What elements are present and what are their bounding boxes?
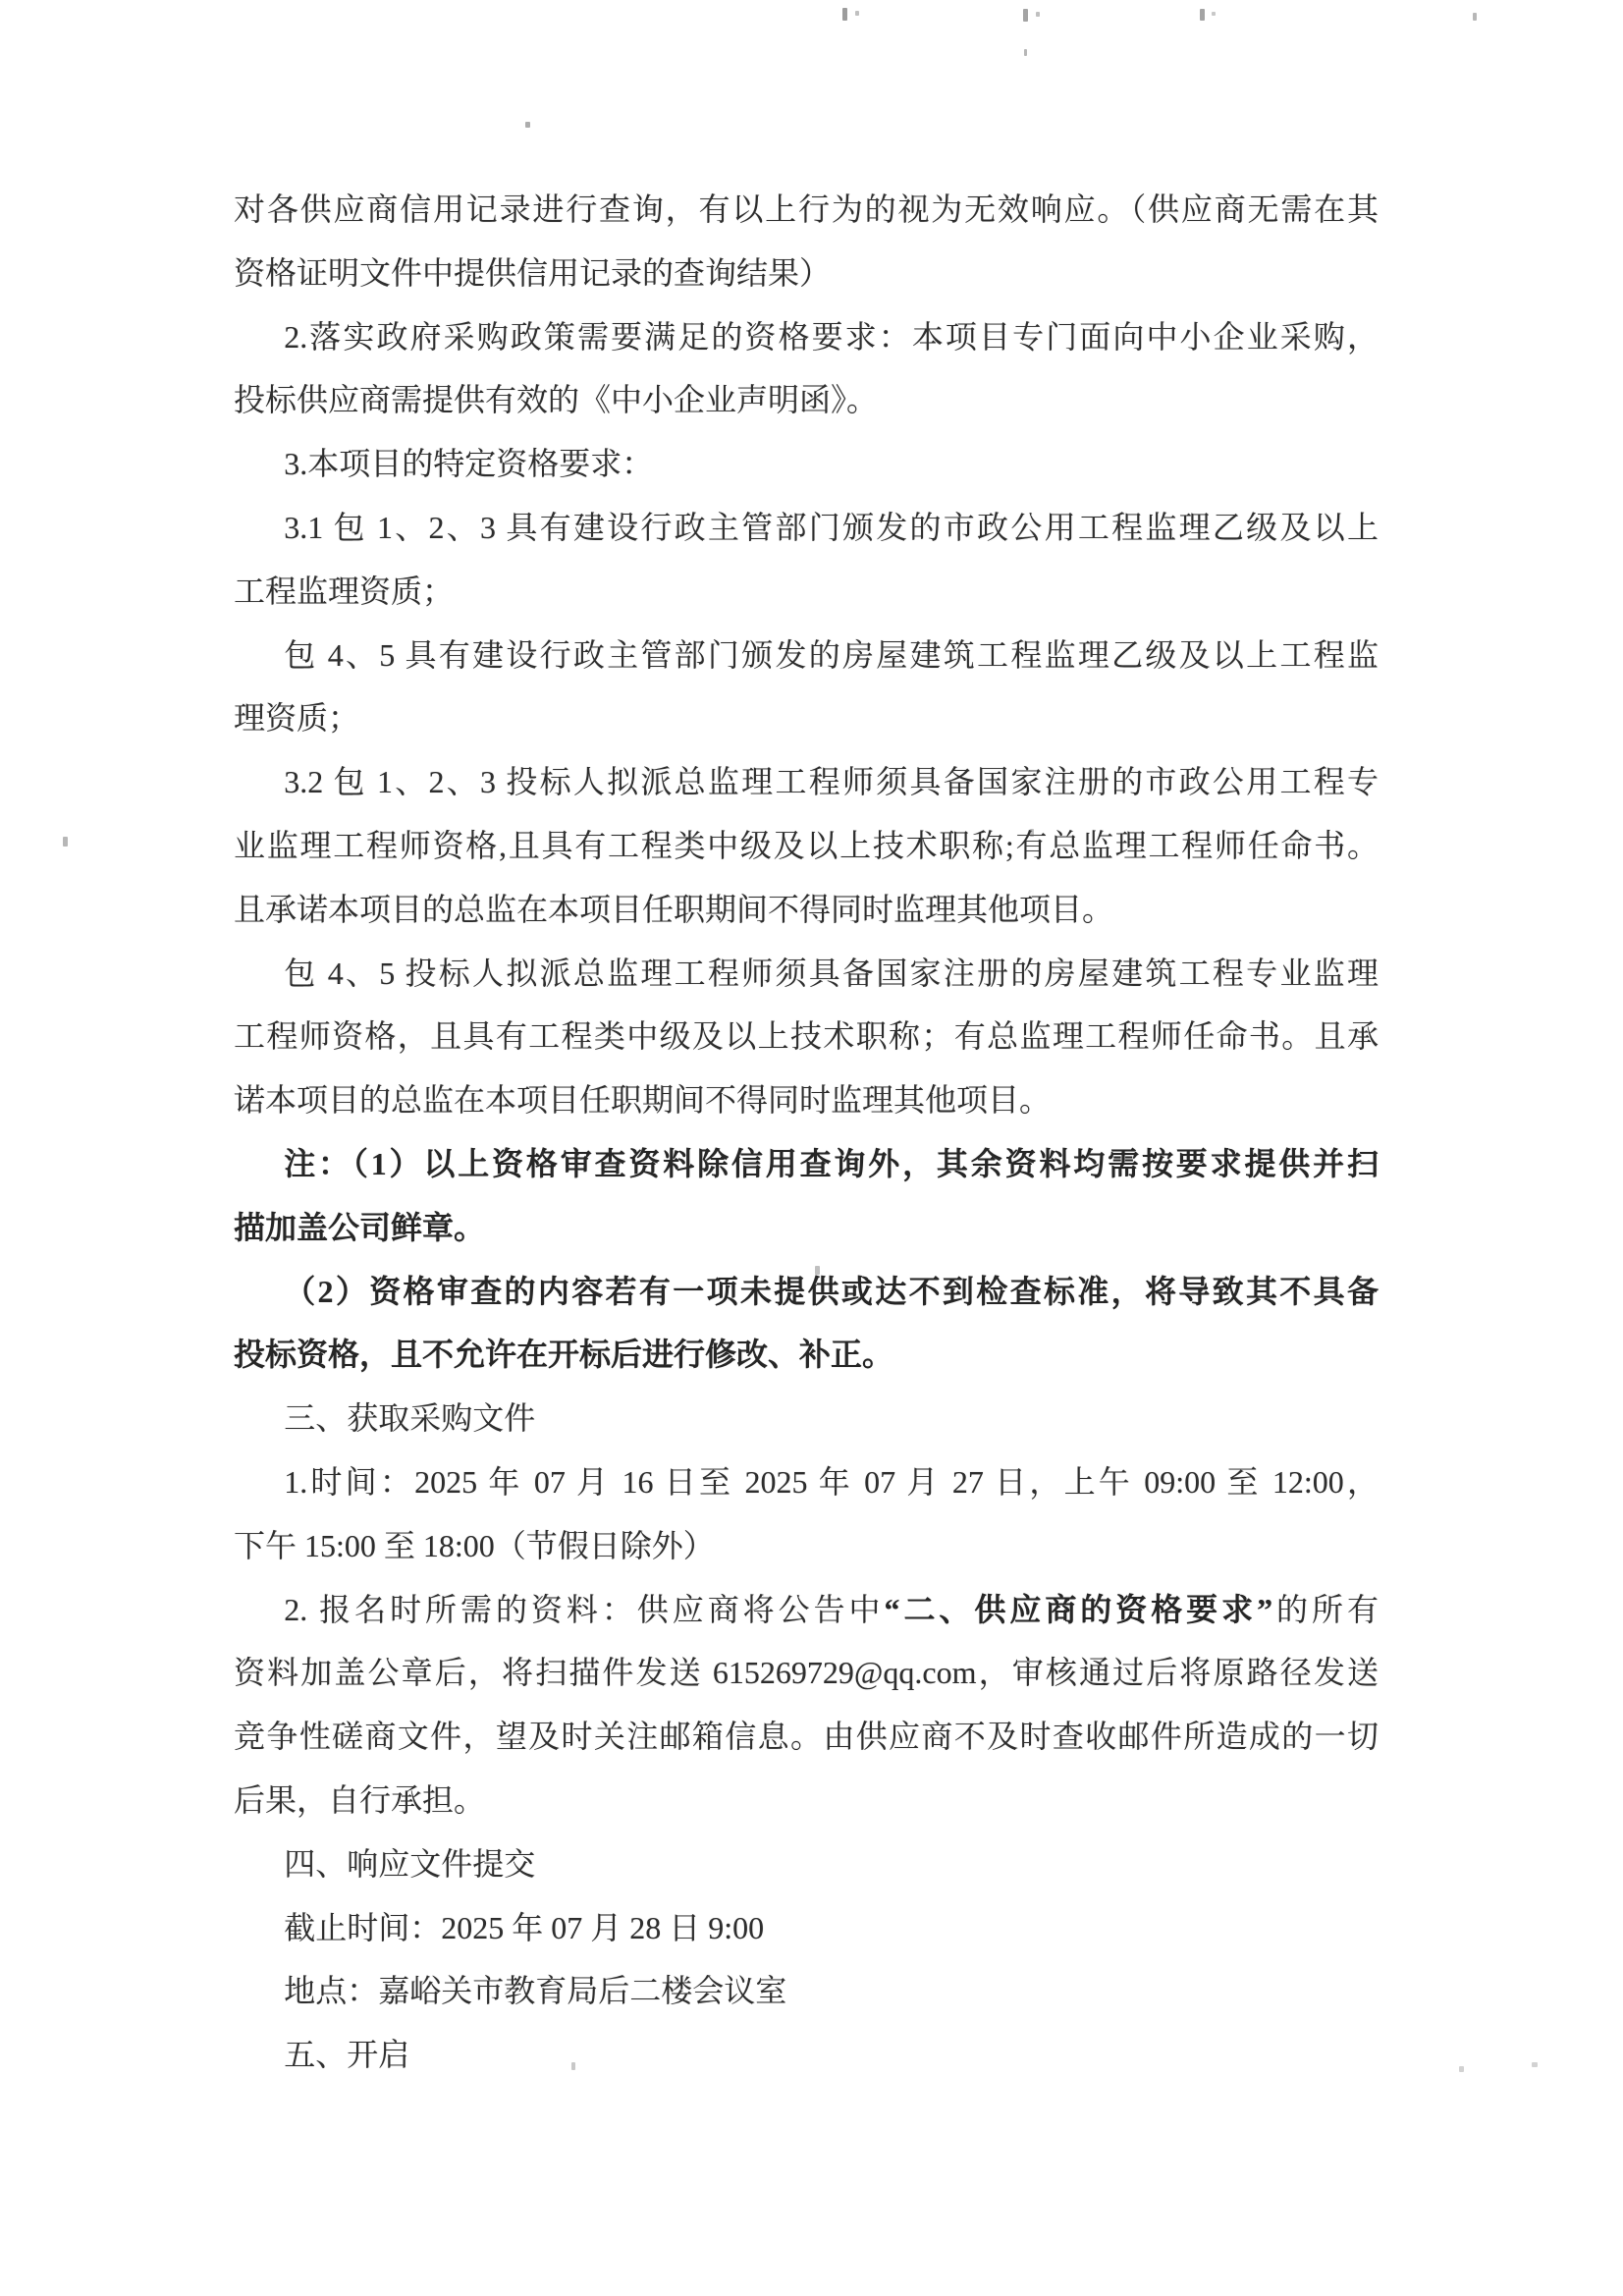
document-line: 包 4、5 投标人拟派总监理工程师须具备国家注册的房屋建筑工程专业监理	[234, 942, 1379, 1006]
scan-artifact	[1023, 9, 1028, 22]
document-line: （2）资格审查的内容若有一项未提供或达不到检查标准，将导致其不具备	[234, 1260, 1379, 1324]
text-run: 资格证明文件中提供信用记录的查询结果）	[234, 255, 831, 291]
scan-artifact	[1473, 13, 1477, 21]
document-line: 地点：嘉峪关市教育局后二楼会议室	[234, 1959, 1379, 2023]
document-line: 3.1 包 1、2、3 具有建设行政主管部门颁发的市政公用工程监理乙级及以上	[234, 496, 1379, 560]
scan-artifact	[1532, 2062, 1538, 2067]
scan-artifact	[1024, 49, 1027, 56]
text-run: 3.1 包 1、2、3 具有建设行政主管部门颁发的市政公用工程监理乙级及以上	[284, 510, 1379, 545]
text-run: “二、供应商的资格要求”	[885, 1592, 1273, 1627]
text-run: 投标供应商需提供有效的《中小企业声明函》。	[234, 382, 878, 417]
document-line: 业监理工程师资格,且具有工程类中级及以上技术职称;有总监理工程师任命书。	[234, 814, 1379, 878]
document-line: 工程监理资质；	[234, 560, 1379, 624]
text-run: 包 4、5 具有建设行政主管部门颁发的房屋建筑工程监理乙级及以上工程监	[284, 637, 1379, 673]
document-line: 投标资格，且不允许在开标后进行修改、补正。	[234, 1323, 1379, 1387]
document-line: 3.2 包 1、2、3 投标人拟派总监理工程师须具备国家注册的市政公用工程专	[234, 750, 1379, 814]
text-run: 对各供应商信用记录进行查询，有以上行为的视为无效响应。（供应商无需在其	[234, 191, 1379, 227]
text-run: 注：（1）以上资格审查资料除信用查询外，其余资料均需按要求提供并扫	[284, 1146, 1379, 1181]
scan-artifact	[1212, 12, 1216, 16]
text-run: 投标资格，且不允许在开标后进行修改、补正。	[234, 1337, 893, 1372]
text-run: 3.2 包 1、2、3 投标人拟派总监理工程师须具备国家注册的市政公用工程专	[284, 764, 1379, 799]
document-line: 工程师资格，且具有工程类中级及以上技术职称；有总监理工程师任命书。且承	[234, 1005, 1379, 1068]
scan-artifact	[855, 11, 859, 16]
text-run: 1.时间：2025 年 07 月 16 日至 2025 年 07 月 27 日，…	[284, 1464, 1379, 1500]
text-run: 的所有	[1272, 1592, 1379, 1627]
document-line: 资料加盖公章后，将扫描件发送 615269729@qq.com，审核通过后将原路…	[234, 1641, 1379, 1705]
document-line: 三、获取采购文件	[234, 1387, 1379, 1450]
text-run: 四、响应文件提交	[284, 1846, 535, 1882]
text-run: 描加盖公司鲜章。	[234, 1210, 485, 1245]
text-run: 2. 报名时所需的资料：供应商将公告中	[284, 1592, 884, 1627]
scan-artifact	[1200, 9, 1205, 21]
scan-artifact	[571, 2062, 575, 2070]
text-run: 三、获取采购文件	[284, 1400, 535, 1436]
scan-artifact	[1030, 829, 1034, 837]
document-line: 1.时间：2025 年 07 月 16 日至 2025 年 07 月 27 日，…	[234, 1450, 1379, 1514]
document-line: 投标供应商需提供有效的《中小企业声明函》。	[234, 368, 1379, 432]
document-line: 3.本项目的特定资格要求：	[234, 432, 1379, 496]
text-run: 3.本项目的特定资格要求：	[284, 446, 653, 481]
scan-artifact	[842, 8, 847, 21]
document-line: 后果，自行承担。	[234, 1769, 1379, 1832]
scanned-document-page: 对各供应商信用记录进行查询，有以上行为的视为无效响应。（供应商无需在其资格证明文…	[0, 0, 1623, 2296]
text-run: 地点：嘉峪关市教育局后二楼会议室	[284, 1973, 786, 2008]
text-run: 后果，自行承担。	[234, 1782, 485, 1818]
text-run: 业监理工程师资格,且具有工程类中级及以上技术职称;有总监理工程师任命书。	[234, 828, 1379, 863]
document-line: 下午 15:00 至 18:00（节假日除外）	[234, 1514, 1379, 1578]
text-run: 理资质；	[234, 700, 359, 736]
text-run: 工程师资格，且具有工程类中级及以上技术职称；有总监理工程师任命书。且承	[234, 1018, 1379, 1054]
scan-artifact	[1036, 12, 1040, 17]
document-line: 理资质；	[234, 686, 1379, 750]
text-run: 竞争性磋商文件，望及时关注邮箱信息。由供应商不及时查收邮件所造成的一切	[234, 1719, 1379, 1754]
text-run: （2）资格审查的内容若有一项未提供或达不到检查标准，将导致其不具备	[284, 1274, 1379, 1309]
document-line: 注：（1）以上资格审查资料除信用查询外，其余资料均需按要求提供并扫	[234, 1132, 1379, 1196]
scan-artifact	[815, 1266, 820, 1275]
scan-artifact	[525, 122, 530, 128]
document-line: 诺本项目的总监在本项目任职期间不得同时监理其他项目。	[234, 1068, 1379, 1132]
document-line: 包 4、5 具有建设行政主管部门颁发的房屋建筑工程监理乙级及以上工程监	[234, 624, 1379, 687]
document-line: 对各供应商信用记录进行查询，有以上行为的视为无效响应。（供应商无需在其	[234, 178, 1379, 242]
text-run: 且承诺本项目的总监在本项目任职期间不得同时监理其他项目。	[234, 892, 1113, 927]
text-run: 工程监理资质；	[234, 574, 454, 609]
text-run: 资料加盖公章后，将扫描件发送 615269729@qq.com，审核通过后将原路…	[234, 1655, 1379, 1690]
scan-artifact	[63, 837, 68, 847]
text-run: 诺本项目的总监在本项目任职期间不得同时监理其他项目。	[234, 1082, 1051, 1118]
document-line: 2.落实政府采购政策需要满足的资格要求：本项目专门面向中小企业采购，	[234, 305, 1379, 369]
document-line: 且承诺本项目的总监在本项目任职期间不得同时监理其他项目。	[234, 878, 1379, 942]
document-line: 四、响应文件提交	[234, 1832, 1379, 1896]
text-run: 2.落实政府采购政策需要满足的资格要求：本项目专门面向中小企业采购，	[284, 319, 1379, 355]
text-run: 下午 15:00 至 18:00（节假日除外）	[234, 1528, 715, 1563]
document-line: 五、开启	[234, 2023, 1379, 2087]
document-body: 对各供应商信用记录进行查询，有以上行为的视为无效响应。（供应商无需在其资格证明文…	[234, 178, 1379, 2087]
text-run: 五、开启	[284, 2037, 409, 2072]
text-run: 截止时间：2025 年 07 月 28 日 9:00	[284, 1910, 764, 1945]
scan-artifact	[1459, 2066, 1464, 2072]
document-line: 竞争性磋商文件，望及时关注邮箱信息。由供应商不及时查收邮件所造成的一切	[234, 1705, 1379, 1769]
document-line: 资格证明文件中提供信用记录的查询结果）	[234, 242, 1379, 305]
document-line: 截止时间：2025 年 07 月 28 日 9:00	[234, 1896, 1379, 1960]
document-line: 描加盖公司鲜章。	[234, 1196, 1379, 1260]
text-run: 包 4、5 投标人拟派总监理工程师须具备国家注册的房屋建筑工程专业监理	[284, 956, 1379, 991]
document-line: 2. 报名时所需的资料：供应商将公告中“二、供应商的资格要求”的所有	[234, 1578, 1379, 1642]
